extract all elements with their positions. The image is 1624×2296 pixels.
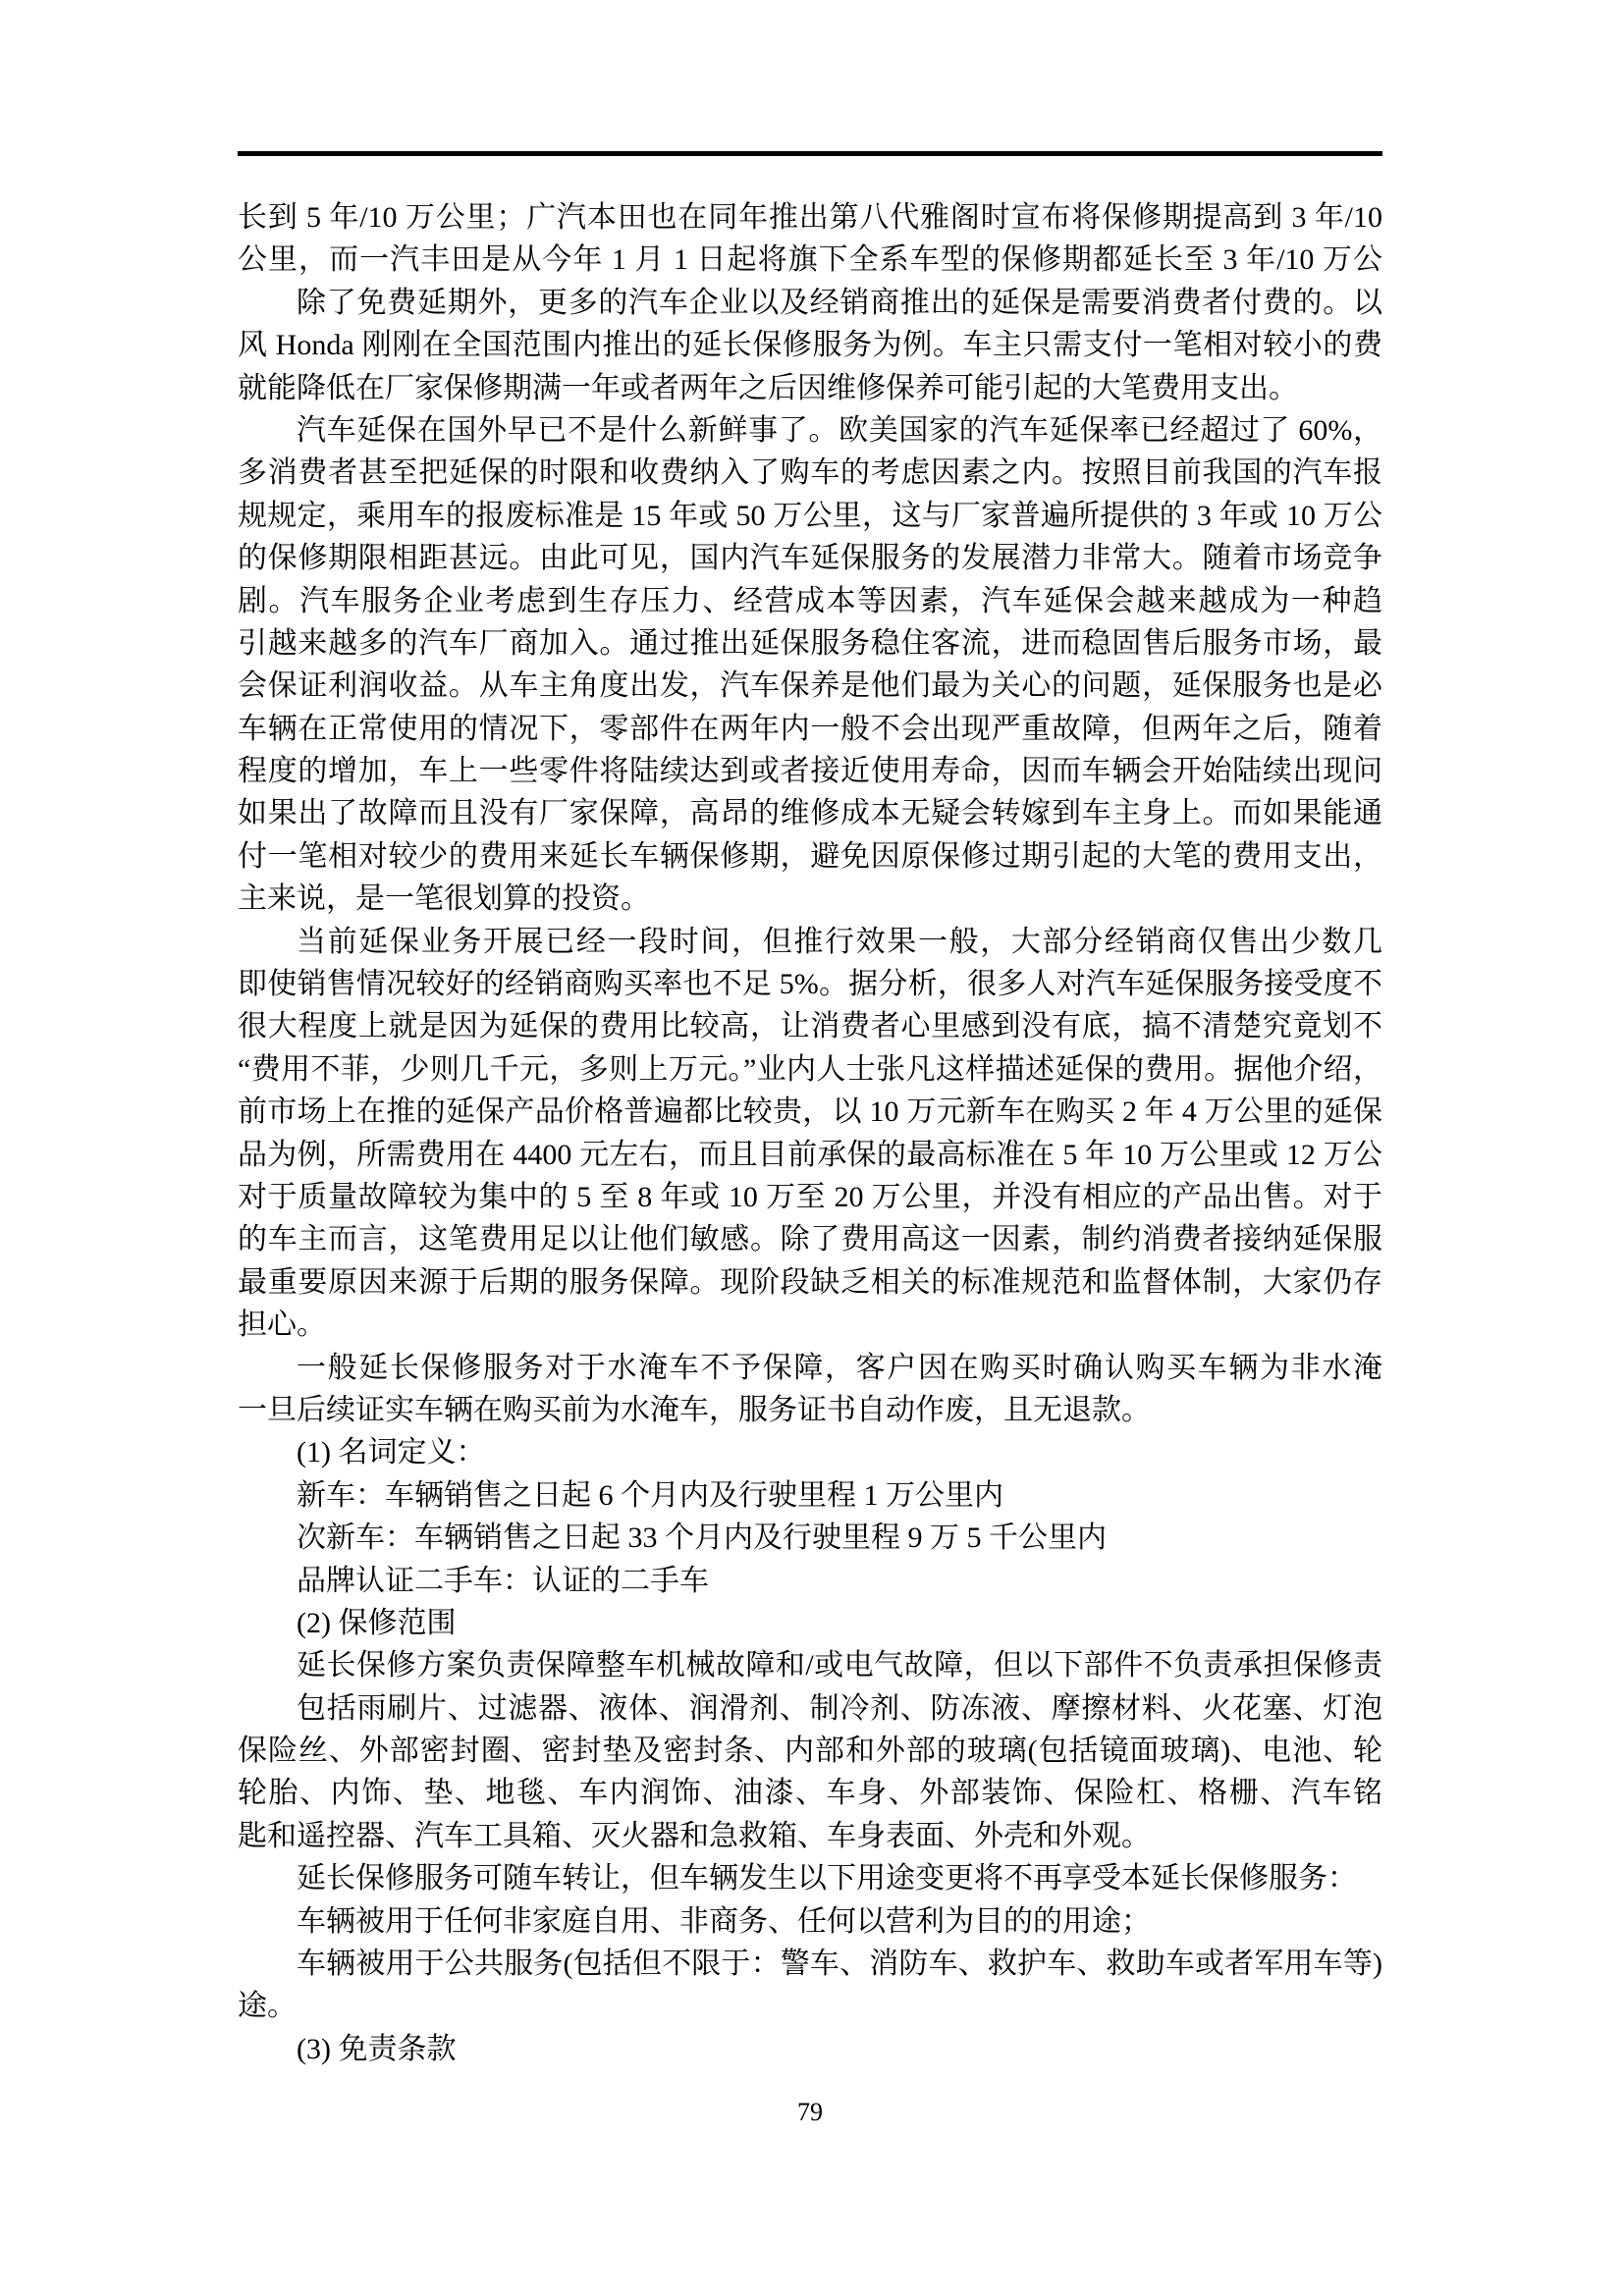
text-line: 风 Honda 刚刚在全国范围内推出的延长保修服务为例。车主只需支付一笔相对较小… <box>238 324 1382 366</box>
text-line: (2) 保修范围 <box>238 1602 1382 1644</box>
text-line: 对于质量故障较为集中的 5 至 8 年或 10 万至 20 万公里，并没有相应的… <box>238 1176 1382 1218</box>
header-rule <box>238 151 1382 156</box>
text-line: 一般延长保修服务对于水淹车不予保障，客户因在购买时确认购买车辆为非水淹车， <box>238 1347 1382 1389</box>
text-line: 付一笔相对较少的费用来延长车辆保修期，避免因原保修过期引起的大笔的费用支出，对车 <box>238 835 1382 878</box>
text-line: 品牌认证二手车：认证的二手车 <box>238 1560 1382 1602</box>
text-line: 剧。汽车服务企业考虑到生存压力、经营成本等因素，汽车延保会越来越成为一种趋势，吸 <box>238 580 1382 622</box>
text-line: 延长保修服务可随车转让，但车辆发生以下用途变更将不再享受本延长保修服务： <box>238 1857 1382 1899</box>
text-line: 规规定，乘用车的报废标准是 15 年或 50 万公里，这与厂家普遍所提供的 3 … <box>238 495 1382 537</box>
text-line: 即使销售情况较好的经销商购买率也不足 5%。据分析，很多人对汽车延保服务接受度不… <box>238 963 1382 1005</box>
text-line: 新车：车辆销售之日起 6 个月内及行驶里程 1 万公里内 <box>238 1474 1382 1517</box>
text-line: 会保证利润收益。从车主角度出发，汽车保养是他们最为关心的问题，延保服务也是必要的… <box>238 665 1382 707</box>
text-line: 长到 5 年/10 万公里；广汽本田也在同年推出第八代雅阁时宣布将保修期提高到 … <box>238 196 1382 239</box>
text-line: 主来说，是一笔很划算的投资。 <box>238 878 1382 920</box>
text-line: 一旦后续证实车辆在购买前为水淹车，服务证书自动作废，且无退款。 <box>238 1389 1382 1431</box>
text-line: 的保修期限相距甚远。由此可见，国内汽车延保服务的发展潜力非常大。随着市场竞争的加 <box>238 537 1382 579</box>
text-line: 品为例，所需费用在 4400 元左右，而且目前承保的最高标准在 5 年 10 万… <box>238 1134 1382 1176</box>
text-line: 前市场上在推的延保产品价格普遍都比较贵，以 10 万元新车在购买 2 年 4 万… <box>238 1091 1382 1133</box>
text-line: 引越来越多的汽车厂商加入。通过推出延保服务稳住客流，进而稳固售后服务市场，最终也 <box>238 622 1382 665</box>
text-line: 匙和遥控器、汽车工具箱、灭火器和急救箱、车身表面、外壳和外观。 <box>238 1815 1382 1857</box>
text-line: 轮胎、内饰、垫、地毯、车内润饰、油漆、车身、外部装饰、保险杠、格栅、汽车铭牌、钥 <box>238 1772 1382 1814</box>
text-line: 如果出了故障而且没有厂家保障，高昂的维修成本无疑会转嫁到车主身上。而如果能通过支 <box>238 792 1382 834</box>
text-line: (3) 免责条款 <box>238 2028 1382 2070</box>
document-body: 长到 5 年/10 万公里；广汽本田也在同年推出第八代雅阁时宣布将保修期提高到 … <box>238 196 1382 2070</box>
text-line: 延长保修方案负责保障整车机械故障和/或电气故障，但以下部件不负责承担保修责任： <box>238 1644 1382 1686</box>
text-line: 途。 <box>238 1985 1382 2027</box>
text-line: 很大程度上就是因为延保的费用比较高，让消费者心里感到没有底，搞不清楚究竟划不划算… <box>238 1005 1382 1047</box>
text-line: 公里，而一汽丰田是从今年 1 月 1 日起将旗下全系车型的保修期都延长至 3 年… <box>238 239 1382 281</box>
text-line: 车辆被用于公共服务(包括但不限于：警车、消防车、救护车、救助车或者军用车等)用 <box>238 1943 1382 1985</box>
text-line: 的车主而言，这笔费用足以让他们敏感。除了费用高这一因素，制约消费者接纳延保服务的 <box>238 1218 1382 1260</box>
text-line: 车辆被用于任何非家庭自用、非商务、任何以营利为目的的用途； <box>238 1900 1382 1943</box>
text-line: 保险丝、外部密封圈、密封垫及密封条、内部和外部的玻璃(包括镜面玻璃)、电池、轮毂… <box>238 1730 1382 1772</box>
text-line: 最重要原因来源于后期的服务保障。现阶段缺乏相关的标准规范和监督体制，大家仍存在着 <box>238 1261 1382 1304</box>
text-line: (1) 名词定义： <box>238 1431 1382 1473</box>
text-line: 程度的增加，车上一些零件将陆续达到或者接近使用寿命，因而车辆会开始陆续出现问题。 <box>238 750 1382 792</box>
text-line: 次新车：车辆销售之日起 33 个月内及行驶里程 9 万 5 千公里内 <box>238 1517 1382 1559</box>
text-line: 除了免费延期外，更多的汽车企业以及经销商推出的延保是需要消费者付费的。以东 <box>238 282 1382 324</box>
text-line: “费用不菲，少则几千元，多则上万元。”业内人士张凡这样描述延保的费用。据他介绍，… <box>238 1048 1382 1091</box>
text-line: 汽车延保在国外早已不是什么新鲜事了。欧美国家的汽车延保率已经超过了 60%，许 <box>238 409 1382 452</box>
text-line: 包括雨刷片、过滤器、液体、润滑剂、制冷剂、防冻液、摩擦材料、火花塞、灯泡和 <box>238 1687 1382 1730</box>
page-number: 79 <box>238 2098 1382 2127</box>
text-line: 当前延保业务开展已经一段时间，但推行效果一般，大部分经销商仅售出少数几单， <box>238 921 1382 963</box>
text-line: 就能降低在厂家保修期满一年或者两年之后因维修保养可能引起的大笔费用支出。 <box>238 367 1382 409</box>
text-line: 担心。 <box>238 1304 1382 1346</box>
text-line: 车辆在正常使用的情况下，零部件在两年内一般不会出现严重故障，但两年之后，随着磨损 <box>238 708 1382 750</box>
text-line: 多消费者甚至把延保的时限和收费纳入了购车的考虑因素之内。按照目前我国的汽车报废法 <box>238 452 1382 494</box>
